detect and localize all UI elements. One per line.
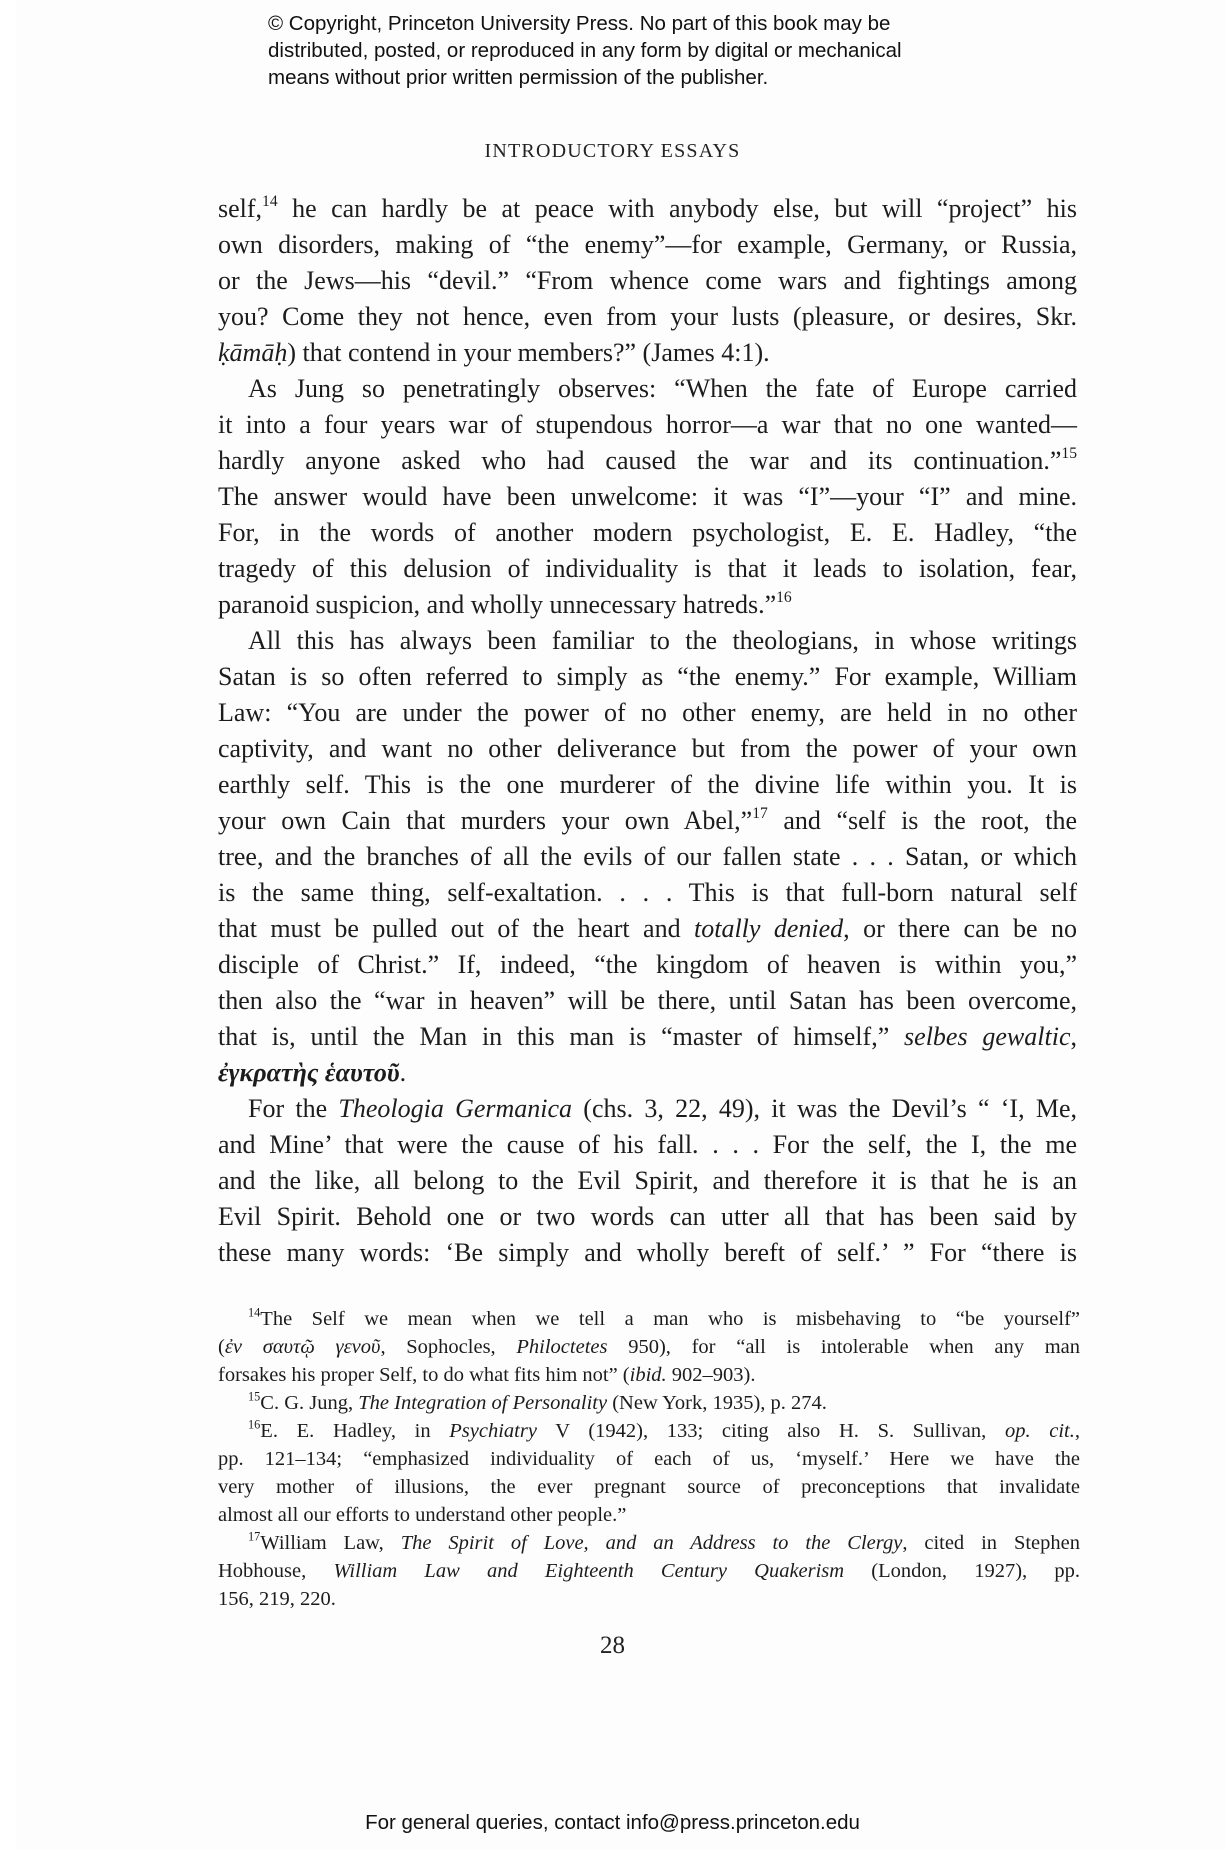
body-line: these many words: ‘Be simply and wholly … [218,1235,1077,1271]
body-line: ἐγκρατὴς ἑαυτοῦ. [218,1055,1077,1091]
copyright-line: distributed, posted, or reproduced in an… [268,37,988,64]
copyright-notice: © Copyright, Princeton University Press.… [268,10,988,91]
body-line: paranoid suspicion, and wholly unnecessa… [218,587,1077,623]
footnote-17: 17William Law, The Spirit of Love, and a… [218,1529,1080,1557]
body-line: For, in the words of another modern psyc… [218,515,1077,551]
body-line: you? Come they not hence, even from your… [218,299,1077,335]
body-line: tragedy of this delusion of individualit… [218,551,1077,587]
body-line: All this has always been familiar to the… [218,623,1077,659]
body-line: or the Jews—his “devil.” “From whence co… [218,263,1077,299]
body-line: For the Theologia Germanica (chs. 3, 22,… [218,1091,1077,1127]
body-line: tree, and the branches of all the evils … [218,839,1077,875]
body-line: your own Cain that murders your own Abel… [218,803,1077,839]
footnote-line: very mother of illusions, the ever pregn… [218,1473,1080,1501]
footnote-line: 156, 219, 220. [218,1585,1080,1613]
body-line: hardly anyone asked who had caused the w… [218,443,1077,479]
page-number: 28 [0,1632,1225,1660]
body-line: it into a four years war of stupendous h… [218,407,1077,443]
footnote-line: (ἐν σαυτῷ γενοῦ, Sophocles, Philoctetes … [218,1333,1080,1361]
footnote-ref[interactable]: 16 [776,589,792,606]
copyright-line: © Copyright, Princeton University Press.… [268,10,988,37]
footnote-number: 14 [248,1305,260,1319]
body-line: self,14 he can hardly be at peace with a… [218,191,1077,227]
footnote-number: 16 [248,1417,260,1431]
body-line: The answer would have been unwelcome: it… [218,479,1077,515]
body-line: Satan is so often referred to simply as … [218,659,1077,695]
footnote-number: 17 [248,1529,260,1543]
footnote-16: 16E. E. Hadley, in Psychiatry V (1942), … [218,1417,1080,1445]
body-line: own disorders, making of “the enemy”—for… [218,227,1077,263]
body-line: that must be pulled out of the heart and… [218,911,1077,947]
body-text: self,14 he can hardly be at peace with a… [218,191,1077,1271]
footnote-number: 15 [248,1389,260,1403]
footnote-line: almost all our efforts to understand oth… [218,1501,1080,1529]
body-line: As Jung so penetratingly observes: “When… [218,371,1077,407]
footnote-ref[interactable]: 14 [262,193,278,210]
body-line: earthly self. This is the one murderer o… [218,767,1077,803]
body-line: disciple of Christ.” If, indeed, “the ki… [218,947,1077,983]
body-line: ḳāmāḥ) that contend in your members?” (J… [218,335,1077,371]
body-line: Evil Spirit. Behold one or two words can… [218,1199,1077,1235]
body-line: Law: “You are under the power of no othe… [218,695,1077,731]
footnotes: 14The Self we mean when we tell a man wh… [218,1305,1080,1613]
running-head: INTRODUCTORY ESSAYS [0,140,1225,163]
footnote-15: 15C. G. Jung, The Integration of Persona… [218,1389,1080,1417]
footnote-line: pp. 121–134; “emphasized individuality o… [218,1445,1080,1473]
footnote-ref[interactable]: 17 [752,805,768,822]
footnote-line: forsakes his proper Self, to do what fit… [218,1361,1080,1389]
copyright-line: means without prior written permission o… [268,64,988,91]
body-line: and the like, all belong to the Evil Spi… [218,1163,1077,1199]
body-line: and Mine’ that were the cause of his fal… [218,1127,1077,1163]
body-line: that is, until the Man in this man is “m… [218,1019,1077,1055]
body-line: is the same thing, self-exaltation. . . … [218,875,1077,911]
footnote-14: 14The Self we mean when we tell a man wh… [218,1305,1080,1333]
contact-footer: For general queries, contact info@press.… [0,1811,1225,1835]
footnote-ref[interactable]: 15 [1061,445,1077,462]
body-line: then also the “war in heaven” will be th… [218,983,1077,1019]
body-line: captivity, and want no other deliverance… [218,731,1077,767]
footnote-line: Hobhouse, William Law and Eighteenth Cen… [218,1557,1080,1585]
